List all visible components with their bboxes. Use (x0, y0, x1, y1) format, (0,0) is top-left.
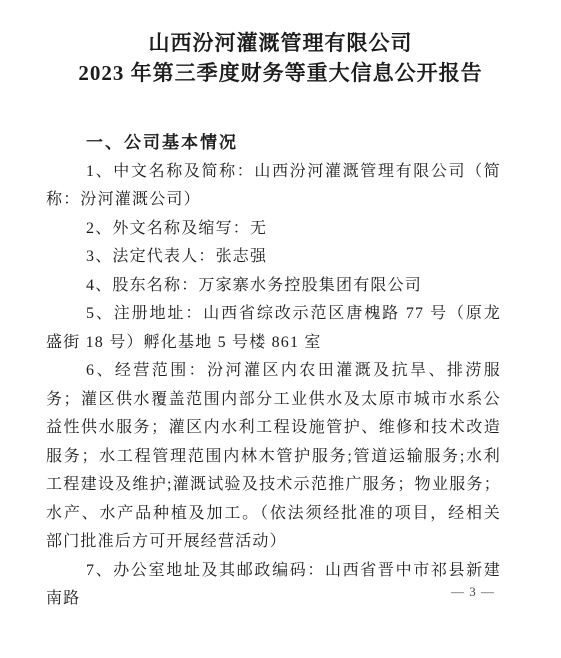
document-title-line-2: 2023 年第三季度财务等重大信息公开报告 (0, 58, 561, 88)
paragraph-legal-representative: 3、法定代表人：张志强 (46, 243, 501, 272)
paragraph-foreign-name: 2、外文名称及缩写：无 (46, 215, 501, 244)
document-body: 一、公司基本情况 1、中文名称及简称：山西汾河灌溉管理有限公司（简称：汾河灌溉公… (46, 129, 501, 614)
paragraph-registered-address: 5、注册地址：山西省综改示范区唐槐路 77 号（原龙盛街 18 号）孵化基地 5… (46, 300, 501, 357)
document-page: 山西汾河灌溉管理有限公司 2023 年第三季度财务等重大信息公开报告 一、公司基… (0, 0, 561, 658)
page-number: — 3 — (0, 584, 495, 600)
document-title-line-1: 山西汾河灌溉管理有限公司 (0, 28, 561, 58)
paragraph-chinese-name: 1、中文名称及简称：山西汾河灌溉管理有限公司（简称：汾河灌溉公司） (46, 158, 501, 215)
document-title: 山西汾河灌溉管理有限公司 2023 年第三季度财务等重大信息公开报告 (0, 0, 561, 88)
paragraph-shareholder-name: 4、股东名称：万家寨水务控股集团有限公司 (46, 272, 501, 301)
paragraph-business-scope: 6、经营范围：汾河灌区内农田灌溉及抗旱、排涝服务；灌区供水覆盖范围内部分工业供水… (46, 357, 501, 557)
section-heading-company-basic-info: 一、公司基本情况 (46, 129, 501, 158)
